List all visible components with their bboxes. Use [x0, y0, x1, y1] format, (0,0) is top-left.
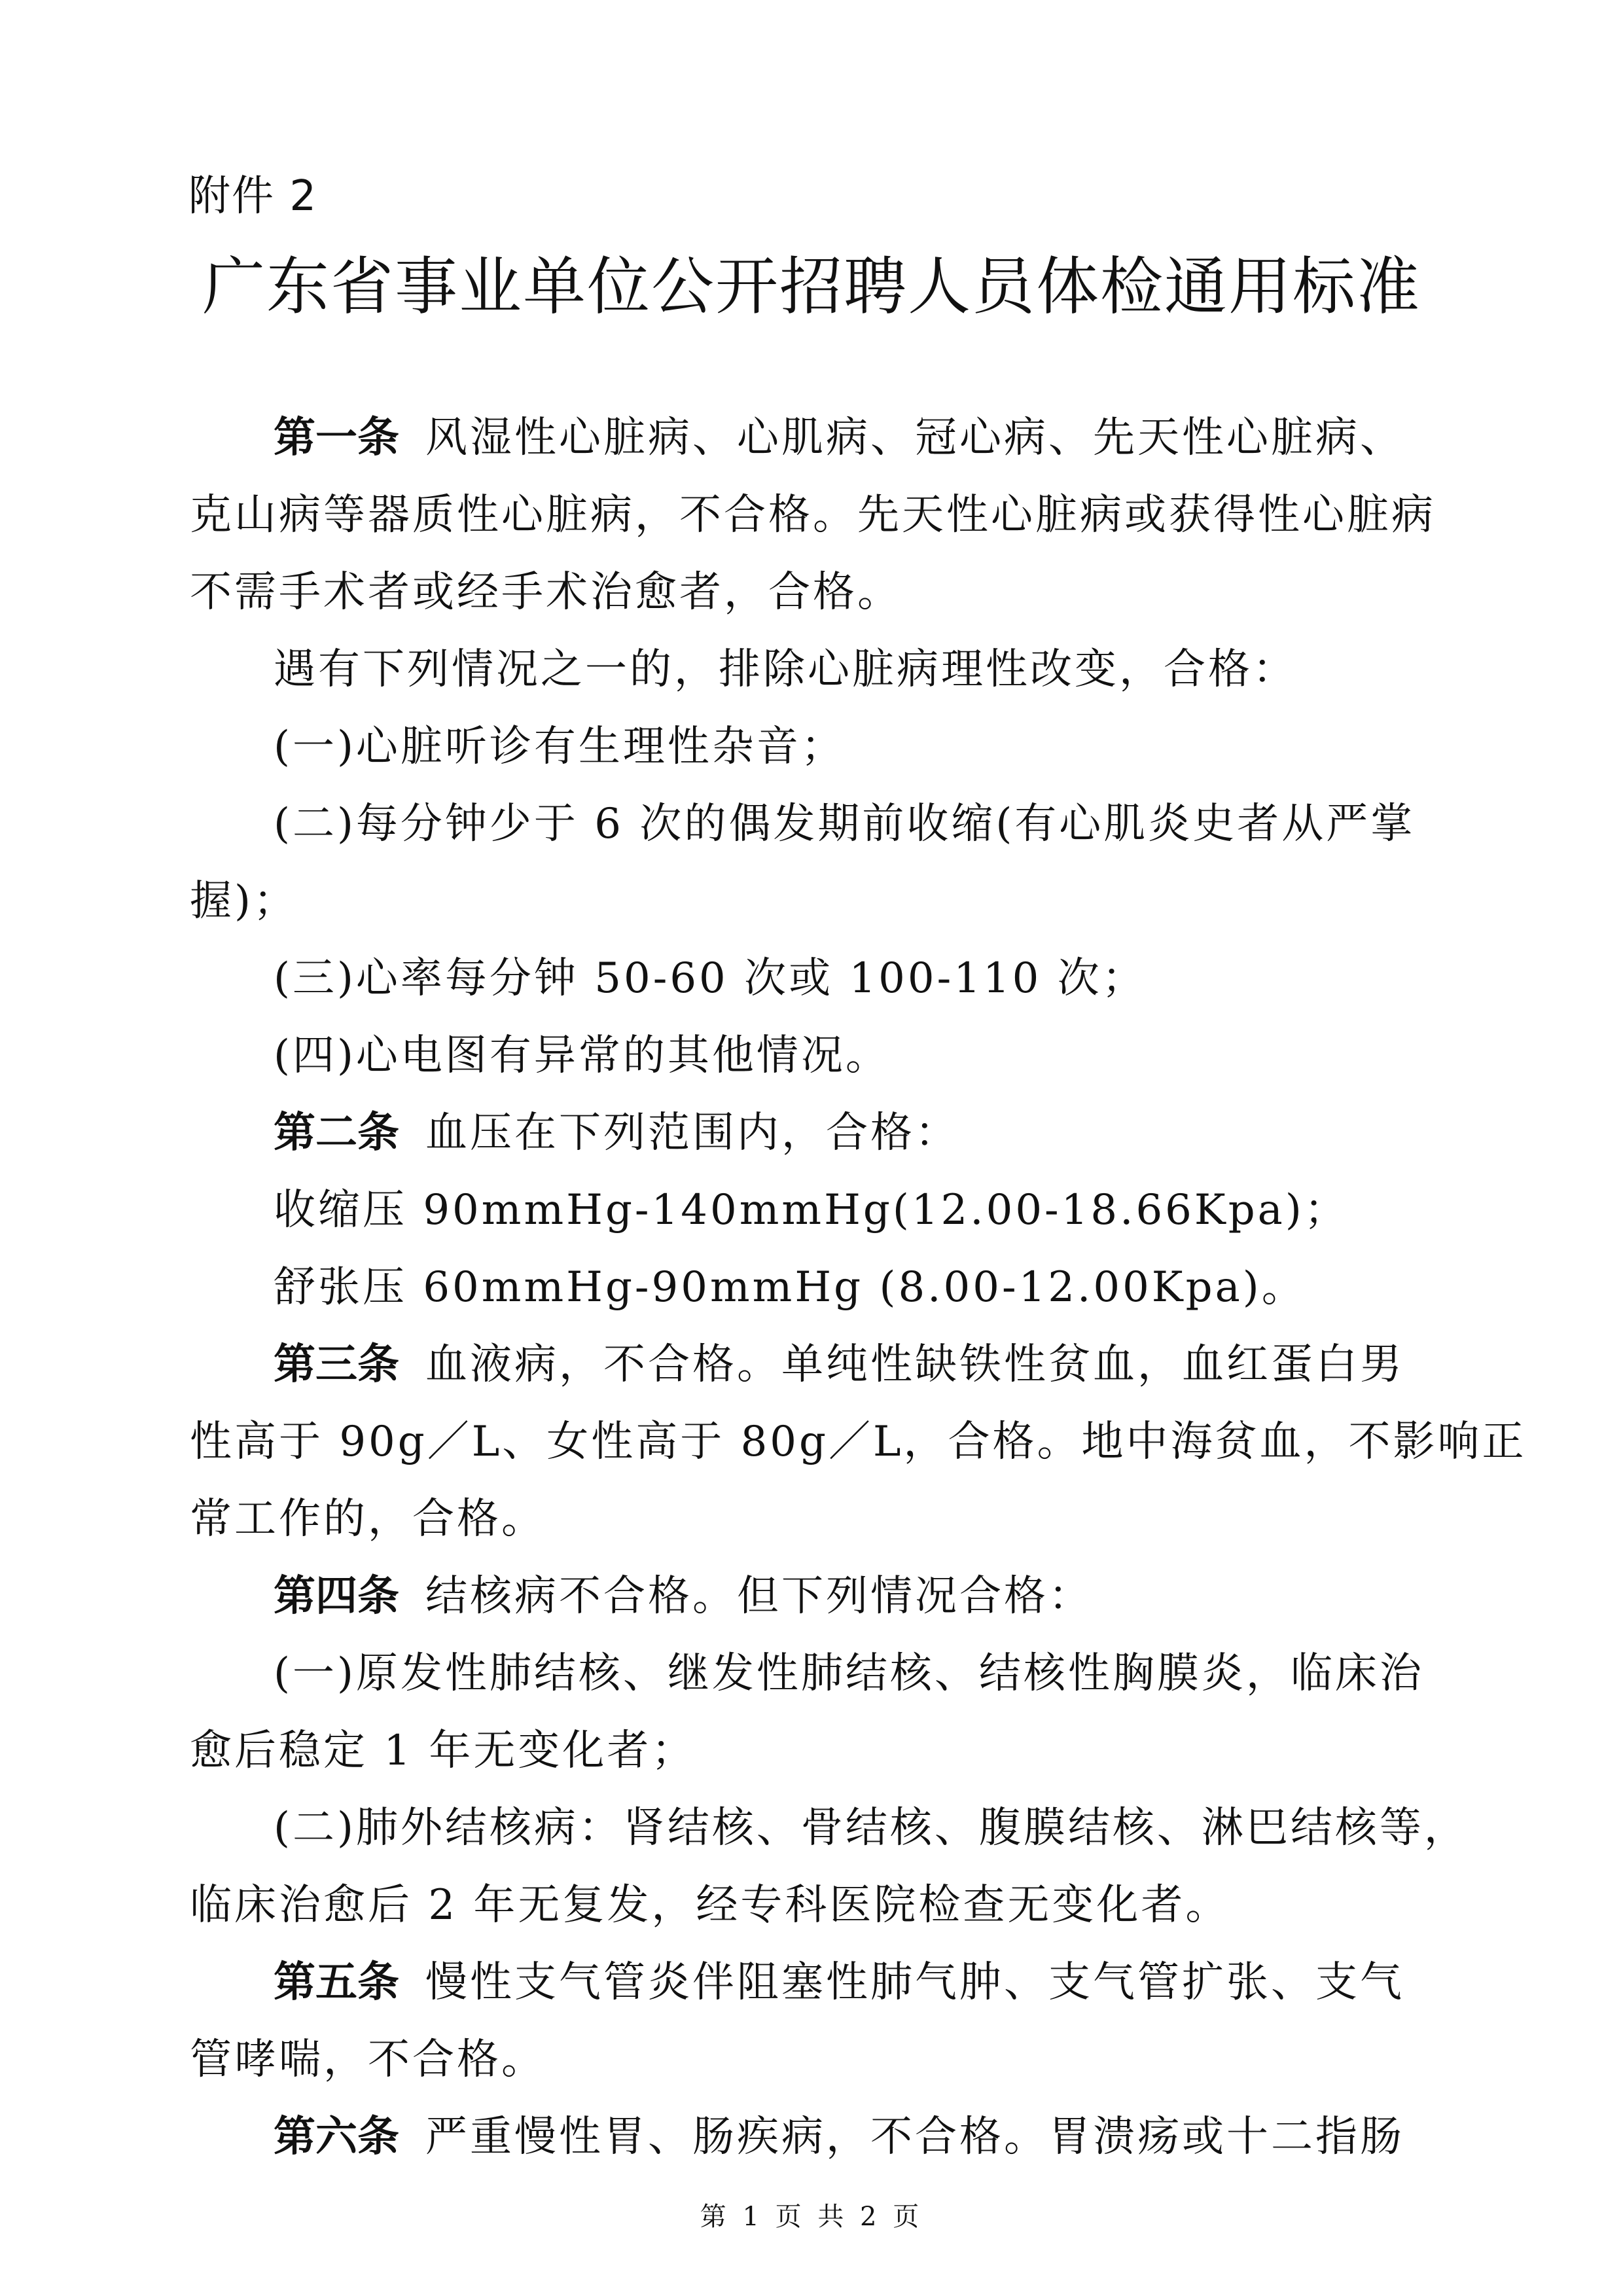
- text-line: 收缩压 90mmHg-140mmHg(12.00-18.66Kpa)；: [190, 1172, 1433, 1249]
- article-heading: 第一条: [274, 414, 399, 462]
- attachment-label: 附件 2: [188, 162, 317, 223]
- text-line: (四)心电图有异常的其他情况。: [190, 1017, 1433, 1094]
- text-line: 管哮喘，不合格。: [190, 2021, 1433, 2098]
- text-line: 握)；: [190, 863, 1433, 940]
- line-text: 不需手术者或经手术治愈者，合格。: [190, 568, 902, 617]
- line-text: 风湿性心脏病、心肌病、冠心病、先天性心脏病、: [425, 414, 1404, 462]
- line-text: 常工作的，合格。: [190, 1495, 546, 1543]
- text-line: 遇有下列情况之一的，排除心脏病理性改变，合格：: [190, 631, 1433, 708]
- article-heading: 第四条: [274, 1572, 399, 1621]
- article-line: 第五条慢性支气管炎伴阻塞性肺气肿、支气管扩张、支气: [190, 1944, 1433, 2021]
- document-page: 附件 2 广东省事业单位公开招聘人员体检通用标准 第一条风湿性心脏病、心肌病、冠…: [0, 0, 1623, 2296]
- line-text: 遇有下列情况之一的，排除心脏病理性改变，合格：: [274, 645, 1297, 694]
- line-text: 收缩压 90mmHg-140mmHg(12.00-18.66Kpa)；: [274, 1186, 1349, 1234]
- line-text: 愈后稳定 1 年无变化者；: [190, 1727, 696, 1775]
- text-line: 不需手术者或经手术治愈者，合格。: [190, 554, 1433, 631]
- line-text: 血压在下列范围内，合格：: [425, 1109, 959, 1157]
- line-text: 临床治愈后 2 年无复发，经专科医院检查无变化者。: [190, 1881, 1230, 1929]
- line-text: 舒张压 60mmHg-90mmHg (8.00-12.00Kpa)。: [274, 1263, 1306, 1312]
- line-text: (一)原发性肺结核、继发性肺结核、结核性胸膜炎，临床治: [274, 1649, 1424, 1698]
- line-text: (二)每分钟少于 6 次的偶发期前收缩(有心肌炎史者从严掌: [274, 800, 1415, 848]
- text-line: 克山病等器质性心脏病，不合格。先天性心脏病或获得性心脏病: [190, 476, 1433, 554]
- line-text: 严重慢性胃、肠疾病，不合格。胃溃疡或十二指肠: [425, 2113, 1404, 2161]
- line-text: (二)肺外结核病：肾结核、骨结核、腹膜结核、淋巴结核等，: [274, 1804, 1469, 1852]
- line-text: 结核病不合格。但下列情况合格：: [425, 1572, 1093, 1621]
- text-line: (一)心脏听诊有生理性杂音；: [190, 708, 1433, 785]
- text-line: 临床治愈后 2 年无复发，经专科医院检查无变化者。: [190, 1867, 1433, 1944]
- text-line: 常工作的，合格。: [190, 1480, 1433, 1558]
- text-line: (二)每分钟少于 6 次的偶发期前收缩(有心肌炎史者从严掌: [190, 785, 1433, 863]
- line-text: 管哮喘，不合格。: [190, 2036, 546, 2084]
- line-text: 性高于 90g／L、女性高于 80g／L，合格。地中海贫血，不影响正: [190, 1418, 1527, 1466]
- line-text: (一)心脏听诊有生理性杂音；: [274, 723, 846, 771]
- text-line: 性高于 90g／L、女性高于 80g／L，合格。地中海贫血，不影响正: [190, 1403, 1433, 1480]
- text-line: (二)肺外结核病：肾结核、骨结核、腹膜结核、淋巴结核等，: [190, 1789, 1433, 1867]
- line-text: 握)；: [190, 877, 298, 925]
- text-line: 愈后稳定 1 年无变化者；: [190, 1712, 1433, 1789]
- article-heading: 第五条: [274, 1958, 399, 2007]
- text-line: 舒张压 60mmHg-90mmHg (8.00-12.00Kpa)。: [190, 1249, 1433, 1326]
- article-heading: 第二条: [274, 1109, 399, 1157]
- line-text: (三)心率每分钟 50-60 次或 100-110 次；: [274, 954, 1147, 1003]
- article-line: 第三条血液病，不合格。单纯性缺铁性贫血，血红蛋白男: [190, 1326, 1433, 1403]
- article-line: 第六条严重慢性胃、肠疾病，不合格。胃溃疡或十二指肠: [190, 2098, 1433, 2176]
- line-text: 血液病，不合格。单纯性缺铁性贫血，血红蛋白男: [425, 1340, 1404, 1389]
- line-text: 慢性支气管炎伴阻塞性肺气肿、支气管扩张、支气: [425, 1958, 1404, 2007]
- line-text: (四)心电图有异常的其他情况。: [274, 1031, 890, 1080]
- article-line: 第四条结核病不合格。但下列情况合格：: [190, 1558, 1433, 1635]
- document-title: 广东省事业单位公开招聘人员体检通用标准: [0, 237, 1623, 327]
- article-heading: 第三条: [274, 1340, 399, 1389]
- text-line: (三)心率每分钟 50-60 次或 100-110 次；: [190, 940, 1433, 1017]
- text-line: (一)原发性肺结核、继发性肺结核、结核性胸膜炎，临床治: [190, 1635, 1433, 1712]
- article-line: 第一条风湿性心脏病、心肌病、冠心病、先天性心脏病、: [190, 399, 1433, 476]
- article-line: 第二条血压在下列范围内，合格：: [190, 1094, 1433, 1172]
- document-body: 第一条风湿性心脏病、心肌病、冠心病、先天性心脏病、克山病等器质性心脏病，不合格。…: [190, 399, 1433, 2176]
- line-text: 克山病等器质性心脏病，不合格。先天性心脏病或获得性心脏病: [190, 491, 1436, 539]
- page-number-footer: 第 1 页 共 2 页: [0, 2196, 1623, 2233]
- article-heading: 第六条: [274, 2113, 399, 2161]
